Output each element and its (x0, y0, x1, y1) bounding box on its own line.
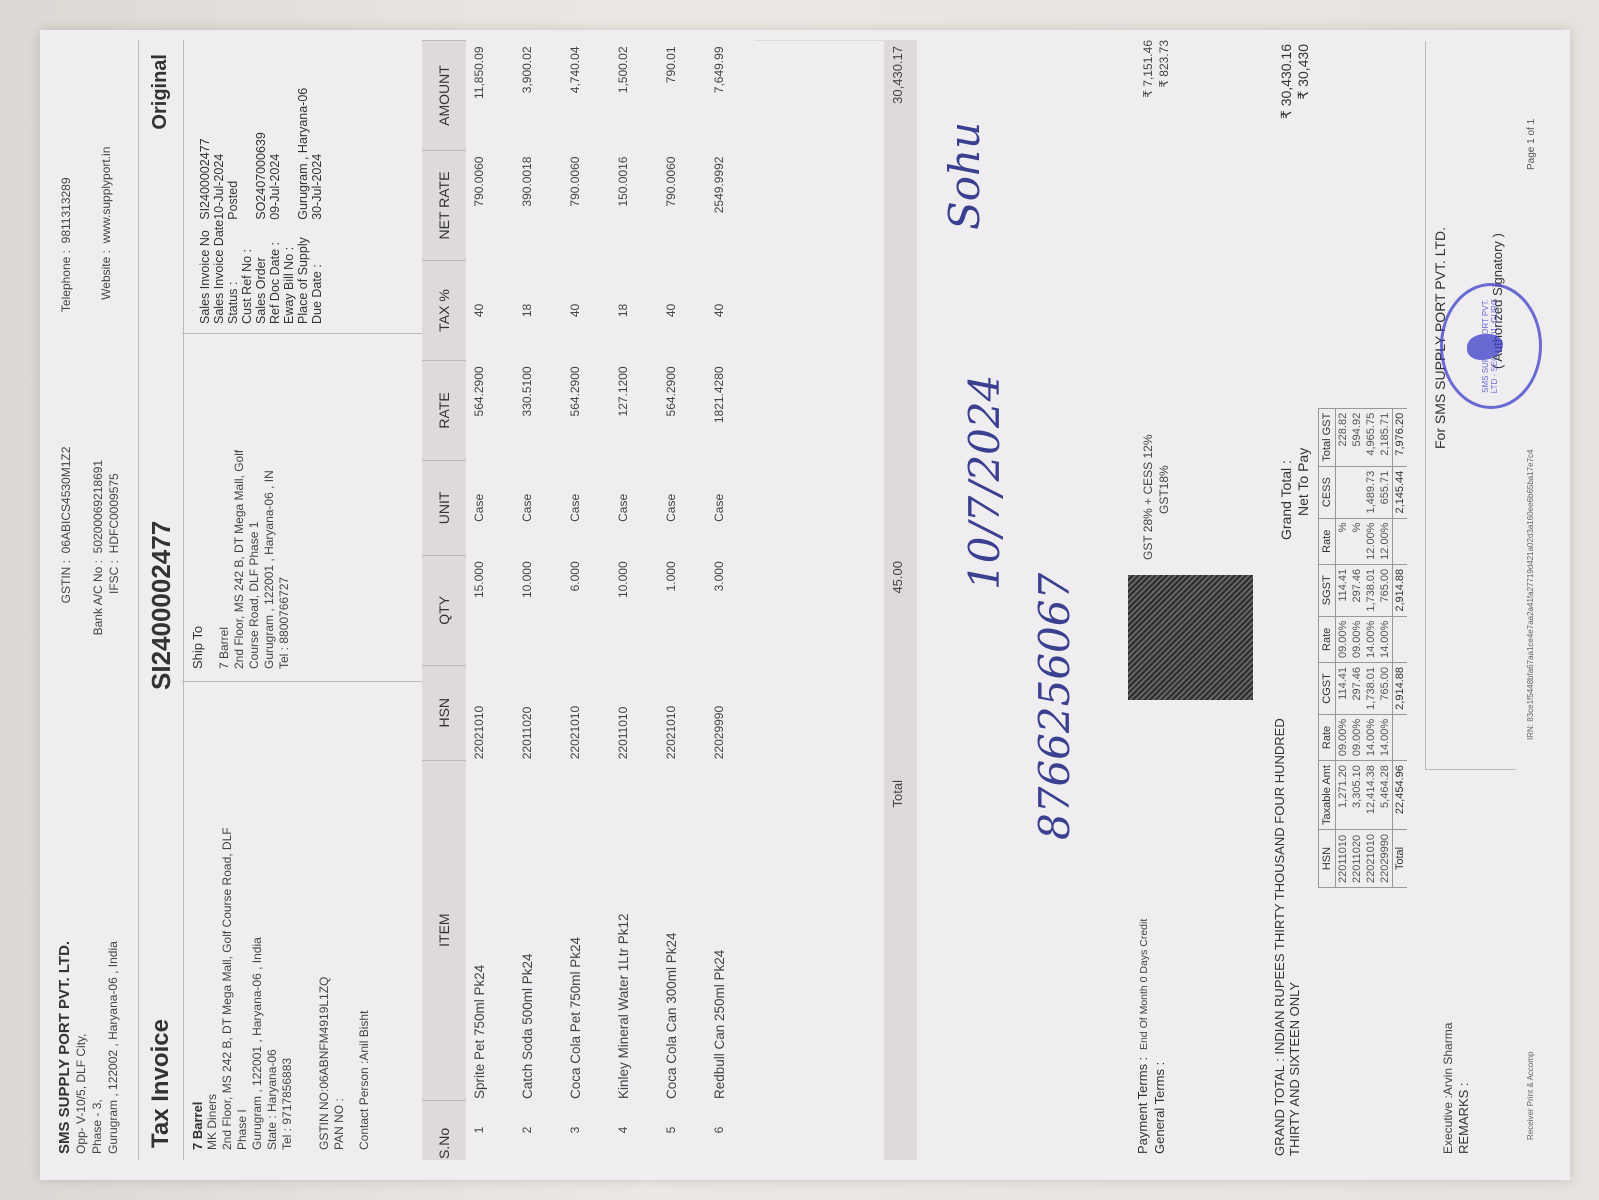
table-cell: 564.2900 (466, 360, 514, 460)
gst-cell: 1,489.73 (1364, 466, 1378, 518)
gst-column-header: CESS (1319, 466, 1336, 518)
payment-terms-label: Payment Terms : (1135, 1057, 1150, 1154)
gst-cell: 22011010 (1336, 830, 1351, 888)
table-cell: 5 (658, 1100, 706, 1160)
seller-tax-block: GSTIN : 06ABICS4530M1Z2 Bank A/C No : 50… (58, 380, 122, 660)
table-cell: 150.0016 (610, 151, 658, 261)
tax-summary-value: ₹ 823.73 (1156, 40, 1172, 88)
items-total-amount: 30,430.17 (884, 40, 917, 150)
table-cell: 22011010 (610, 665, 658, 760)
table-cell: 18 (514, 260, 562, 360)
meta-label: Eway Bill No : (282, 220, 296, 324)
meta-row: Ref Doc Date :09-Jul-2024 (268, 88, 282, 324)
invoice-meta: Sales Invoice NoSI2400002477Sales Invoic… (198, 34, 324, 324)
table-cell: 3 (562, 1100, 610, 1160)
meta-value: 09-Jul-2024 (268, 88, 282, 220)
gst-total-label: Total (1393, 830, 1408, 888)
table-cell: Coca Cola Pet 750ml Pk24 (562, 760, 610, 1100)
ship-to-city: Gurugram , 122001 , Haryana-06 , IN (262, 334, 277, 669)
gst-cell: 22029990 (1378, 830, 1393, 888)
table-cell: 1,500.02 (610, 41, 658, 151)
table-cell: 4 (610, 1100, 658, 1160)
table-cell: 22029990 (706, 665, 754, 760)
gst-cell: 228.82 (1336, 408, 1351, 466)
gst-cell: 22011020 (1350, 830, 1364, 888)
table-cell: 22021010 (562, 665, 610, 760)
meta-value: 10-Jul-2024 (212, 88, 226, 220)
seller-gstin: 06ABICS4530M1Z2 (59, 447, 73, 554)
table-cell: 1.000 (658, 555, 706, 665)
bill-to-name: 7 Barrel (190, 690, 205, 1150)
gstin-label: GSTIN : (58, 560, 74, 660)
receiver-label: Receiver Print & Accomp (1526, 1052, 1535, 1140)
table-cell: 11,850.09 (466, 41, 514, 151)
gst-cell: % (1336, 518, 1351, 564)
bill-to-company: MK Diners (205, 690, 220, 1150)
meta-label: Sales Invoice Date (212, 220, 226, 324)
table-cell: 790.0060 (658, 151, 706, 261)
seller-address-3: Gurugram , 122002 , Haryana-06 , India (105, 634, 121, 1154)
gst-total-cell (1393, 616, 1408, 662)
gst-cell: 12,414.38 (1364, 761, 1378, 830)
column-header: ITEM (422, 760, 466, 1100)
payment-terms-value: End Of Month 0 Days Credit (1138, 919, 1150, 1050)
ship-to-heading: Ship To (190, 334, 205, 669)
gst-cell: 3,305.10 (1350, 761, 1364, 830)
gst-cell: 12.00% (1364, 518, 1378, 564)
meta-row: Cust Ref No : (240, 88, 254, 324)
table-cell: 40 (706, 260, 754, 360)
meta-row: Sales Invoice NoSI2400002477 (198, 88, 212, 324)
ship-to-address-2: Course Road, DLF Phase 1 (247, 334, 262, 669)
meta-value (282, 88, 296, 220)
bill-to-pan: PAN NO : (332, 690, 347, 1150)
gst-cell: 297.46 (1350, 662, 1364, 714)
telephone-label: Telephone : (58, 250, 74, 340)
gst-cell: 09.00% (1350, 616, 1364, 662)
invoice-number: SI2400002477 (146, 521, 177, 690)
gst-cell: 22021010 (1364, 830, 1378, 888)
bank-label: Bank A/C No : (90, 560, 106, 660)
table-cell: 40 (466, 260, 514, 360)
table-row: 1Sprite Pet 750ml Pk242202101015.000Case… (466, 41, 514, 1161)
seller-address-1: Opp- V-10/5, DLF City, (73, 634, 89, 1154)
seller-block: SMS SUPPLY PORT PVT. LTD. Opp- V-10/5, D… (56, 634, 121, 1154)
table-cell: 2549.9992 (706, 151, 754, 261)
meta-label: Ref Doc Date : (268, 220, 282, 324)
grand-total-value: ₹ 30,430.16 (1278, 44, 1295, 119)
column-header: S.No (422, 1100, 466, 1160)
ship-to-name: 7 Barrel (217, 334, 232, 669)
handwritten-name: Sohu (940, 122, 989, 230)
column-header: NET RATE (422, 151, 466, 261)
column-header: AMOUNT (422, 41, 466, 151)
gst-total-cell (1393, 714, 1408, 760)
grand-total-words: GRAND TOTAL : INDIAN RUPEES THIRTY THOUS… (1272, 686, 1302, 1156)
gst-column-header: Rate (1319, 714, 1336, 760)
remarks-label: REMARKS : (1456, 774, 1472, 1154)
meta-row: Status :Posted (226, 88, 240, 324)
gst-column-header: CGST (1319, 662, 1336, 714)
doc-title: Tax Invoice (147, 1019, 175, 1148)
gst-cell (1350, 466, 1364, 518)
gst-column-header: Rate (1319, 616, 1336, 662)
ifsc-label: IFSC : (106, 560, 122, 660)
gst-row: 220299905,464.2814.00%765.0014.00%765.00… (1378, 408, 1393, 887)
gst-cell: 765.00 (1378, 564, 1393, 616)
gst-cell: 2,185.71 (1378, 408, 1393, 466)
gst-cell: 655.71 (1378, 466, 1393, 518)
table-cell: Redbull Can 250ml Pk24 (706, 760, 754, 1100)
table-cell: 564.2900 (658, 360, 706, 460)
gst-row: 2202101012,414.3814.00%1,738.0114.00%1,7… (1364, 408, 1378, 887)
table-cell: 10.000 (610, 555, 658, 665)
tax-summary-row: GST18%₹ 823.73 (1156, 40, 1172, 560)
handwritten-date: 10/7/2024 (960, 375, 1009, 590)
bill-to-gstin: GSTIN NO:06ABNFM4919L1ZQ (317, 690, 332, 1150)
table-cell: 40 (562, 260, 610, 360)
gst-cell: 297.46 (1350, 564, 1364, 616)
table-cell: 564.2900 (562, 360, 610, 460)
gst-total-row: Total22,454.962,914.882,914.882,145.447,… (1393, 408, 1408, 887)
gst-table-wrap: HSNTaxable AmtRateCGSTRateSGSTRateCESSTo… (1318, 408, 1407, 888)
gst-cell: 14.00% (1378, 616, 1393, 662)
table-cell: Case (562, 460, 610, 555)
gst-cell (1336, 466, 1351, 518)
tax-summary: GST 28% + CESS 12%₹ 7,151.46GST18%₹ 823.… (1140, 40, 1172, 560)
meta-value: 30-Jul-2024 (310, 88, 324, 220)
gst-cell: 114.41 (1336, 564, 1351, 616)
executive: Executive :Arvin Sharma (1440, 774, 1456, 1154)
website-label: Website : (98, 250, 114, 340)
gst-cell: 09.00% (1336, 616, 1351, 662)
gst-table: HSNTaxable AmtRateCGSTRateSGSTRateCESSTo… (1318, 408, 1407, 888)
gst-total-cell: 2,145.44 (1393, 466, 1408, 518)
column-header: UNIT (422, 460, 466, 555)
company-stamp: SMS SUPPLY PORT PVT. LTD · SECTOR 01, GU… (1440, 283, 1542, 409)
qr-code (1128, 575, 1253, 700)
table-cell: 1821.4280 (706, 360, 754, 460)
meta-row: Due Date :30-Jul-2024 (310, 88, 324, 324)
net-to-pay-value: ₹ 30,430 (1295, 44, 1312, 100)
gst-total-cell: 7,976.20 (1393, 408, 1408, 466)
table-cell: 22021010 (466, 665, 514, 760)
seller-address-2: Phase - 3, (89, 634, 105, 1154)
bill-to-contact: Contact Person :Anil Bisht (357, 690, 372, 1150)
table-cell: 10.000 (514, 555, 562, 665)
gst-total-cell (1393, 518, 1408, 564)
gst-cell: 14.00% (1364, 714, 1378, 760)
table-row: 2Catch Soda 500ml Pk242201102010.000Case… (514, 41, 562, 1161)
tax-summary-row: GST 28% + CESS 12%₹ 7,151.46 (1140, 40, 1156, 560)
gst-cell: % (1350, 518, 1364, 564)
gst-row: 220110101,271.2009.00%114.4109.00%114.41… (1336, 408, 1351, 887)
meta-value (240, 88, 254, 220)
seller-ifsc: HDFC0009575 (107, 473, 121, 553)
meta-label: Place of Supply (296, 220, 310, 324)
table-cell: 3.000 (706, 555, 754, 665)
meta-label: Due Date : (310, 220, 324, 324)
column-header: RATE (422, 360, 466, 460)
seller-website: www.supplyport.in (99, 147, 113, 244)
signature-box: For SMS SUPPLY PORT PVT. LTD. ( Authoriz… (1425, 41, 1516, 770)
table-cell: 790.0060 (562, 151, 610, 261)
table-cell: Case (610, 460, 658, 555)
bill-to-block: 7 Barrel MK Diners 2nd Floor, MS 242 B, … (190, 690, 372, 1150)
seller-telephone: 9811313289 (59, 177, 73, 243)
table-cell: 127.1200 (610, 360, 658, 460)
gst-row: 220110203,305.1009.00%297.4609.00%297.46… (1350, 408, 1364, 887)
seller-name: SMS SUPPLY PORT PVT. LTD. (56, 634, 73, 1154)
seller-bank-account: 50200069218691 (91, 460, 105, 553)
bill-to-city: Gurugram , 122001 , Haryana-06 , India (250, 690, 265, 1150)
gst-cell: 4,965.75 (1364, 408, 1378, 466)
items-total-row: Total 45.00 30,430.17 (884, 40, 917, 1160)
table-cell: 22021010 (658, 665, 706, 760)
terms-block: Payment Terms : End Of Month 0 Days Cred… (1135, 714, 1168, 1154)
bill-to-address-1: 2nd Floor, MS 242 B, DT Mega Mall, Golf … (220, 690, 235, 1150)
tax-summary-value: ₹ 7,151.46 (1140, 40, 1156, 98)
table-cell: Case (706, 460, 754, 555)
gst-cell: 114.41 (1336, 662, 1351, 714)
irn: IRN: 83ce1f5448bfa67aa1ce4e7aa2a41fa2771… (1526, 450, 1535, 741)
table-cell: 18 (610, 260, 658, 360)
gst-cell: 09.00% (1350, 714, 1364, 760)
table-cell: Case (514, 460, 562, 555)
table-cell: Kinley Mineral Water 1Ltr Pk12 (610, 760, 658, 1100)
title-row: Tax Invoice SI2400002477 Original (138, 40, 184, 1160)
meta-label: Sales Invoice No (198, 220, 212, 324)
gst-column-header: Total GST (1319, 408, 1336, 466)
table-cell: 7,649.99 (706, 41, 754, 151)
meta-value: SI2400002477 (198, 88, 212, 220)
items-table: S.NoITEMHSNQTYUNITRATETAX %NET RATEAMOUN… (422, 40, 754, 1160)
bill-to-tel: Tel : 9717856883 (280, 690, 295, 1150)
table-cell: 6 (706, 1100, 754, 1160)
table-row: 3Coca Cola Pet 750ml Pk24220210106.000Ca… (562, 41, 610, 1161)
table-row: 4Kinley Mineral Water 1Ltr Pk12220110101… (610, 41, 658, 1161)
meta-value: SO2407000639 (254, 88, 268, 220)
gst-column-header: Taxable Amt (1319, 761, 1336, 830)
meta-row: Eway Bill No : (282, 88, 296, 324)
gst-cell: 765.00 (1378, 662, 1393, 714)
page-number: Page 1 of 1 (1526, 119, 1537, 170)
tax-summary-label: GST 28% + CESS 12% (1140, 434, 1156, 560)
gst-total-cell: 22,454.96 (1393, 761, 1408, 830)
bill-to-address-2: Phase I (235, 690, 250, 1150)
table-cell: 40 (658, 260, 706, 360)
gst-cell: 14.00% (1378, 714, 1393, 760)
gst-column-header: SGST (1319, 564, 1336, 616)
meta-row: Sales Invoice Date10-Jul-2024 (212, 88, 226, 324)
invoice-page: SMS SUPPLY PORT PVT. LTD. Opp- V-10/5, D… (40, 30, 1570, 1180)
handwritten-phone: 8766256067 (1030, 573, 1079, 840)
meta-row: Sales OrderSO2407000639 (254, 88, 268, 324)
meta-row: Place of SupplyGurugram , Haryana-06 (296, 88, 310, 324)
grand-total-label: Grand Total : (1278, 460, 1295, 540)
table-cell: Case (658, 460, 706, 555)
column-header: TAX % (422, 260, 466, 360)
gst-cell: 1,271.20 (1336, 761, 1351, 830)
net-to-pay-label: Net To Pay (1295, 448, 1312, 516)
table-cell: 15.000 (466, 555, 514, 665)
gst-total-cell: 2,914.88 (1393, 662, 1408, 714)
table-cell: 790.01 (658, 41, 706, 151)
bill-to-state: State : Haryana-06 (265, 690, 280, 1150)
table-cell: 22011020 (514, 665, 562, 760)
table-cell: Case (466, 460, 514, 555)
gst-cell: 1,738.01 (1364, 564, 1378, 616)
gst-cell: 594.92 (1350, 408, 1364, 466)
footer-left: Executive :Arvin Sharma REMARKS : (1440, 774, 1472, 1154)
table-cell: 330.5100 (514, 360, 562, 460)
items-total-label: Total (884, 760, 917, 1160)
grand-total-block: Grand Total :₹ 30,430.16 Net To Pay₹ 30,… (1278, 44, 1312, 540)
items-total-qty: 45.00 (884, 555, 917, 665)
ship-to-block: Ship To 7 Barrel 2nd Floor, MS 242 B, DT… (182, 333, 430, 682)
gst-column-header: HSN (1319, 830, 1336, 888)
gst-column-header: Rate (1319, 518, 1336, 564)
table-row: 5Coca Cola Can 300ml Pk24220210101.000Ca… (658, 41, 706, 1161)
column-header: QTY (422, 555, 466, 665)
gst-cell: 14.00% (1364, 616, 1378, 662)
table-row: 6Redbull Can 250ml Pk24220299903.000Case… (706, 41, 754, 1161)
ship-to-address-1: 2nd Floor, MS 242 B, DT Mega Mall, Golf (232, 334, 247, 669)
meta-value: Gurugram , Haryana-06 (296, 88, 310, 220)
gst-cell: 12.00% (1378, 518, 1393, 564)
items-table-wrap: S.NoITEMHSNQTYUNITRATETAX %NET RATEAMOUN… (422, 40, 917, 1160)
table-cell: 1 (466, 1100, 514, 1160)
table-cell: 3,900.02 (514, 41, 562, 151)
column-header: HSN (422, 665, 466, 760)
gst-cell: 1,738.01 (1364, 662, 1378, 714)
meta-label: Cust Ref No : (240, 220, 254, 324)
table-cell: Sprite Pet 750ml Pk24 (466, 760, 514, 1100)
table-cell: Catch Soda 500ml Pk24 (514, 760, 562, 1100)
table-cell: Coca Cola Can 300ml Pk24 (658, 760, 706, 1100)
gst-cell: 5,464.28 (1378, 761, 1393, 830)
table-cell: 4,740.04 (562, 41, 610, 151)
meta-value: Posted (226, 88, 240, 220)
gst-cell: 09.00% (1336, 714, 1351, 760)
general-terms-label: General Terms : (1152, 714, 1168, 1154)
meta-label: Sales Order (254, 220, 268, 324)
copy-label: Original (149, 54, 172, 130)
seller-contact-block: Telephone : 9811313289 Website : www.sup… (58, 40, 114, 340)
meta-label: Status : (226, 220, 240, 324)
table-cell: 6.000 (562, 555, 610, 665)
table-cell: 390.0018 (514, 151, 562, 261)
gst-total-cell: 2,914.88 (1393, 564, 1408, 616)
ship-to-tel: Tel : 8800766727 (277, 334, 292, 669)
tax-summary-label: GST18% (1156, 465, 1172, 560)
table-cell: 790.0060 (466, 151, 514, 261)
table-cell: 2 (514, 1100, 562, 1160)
